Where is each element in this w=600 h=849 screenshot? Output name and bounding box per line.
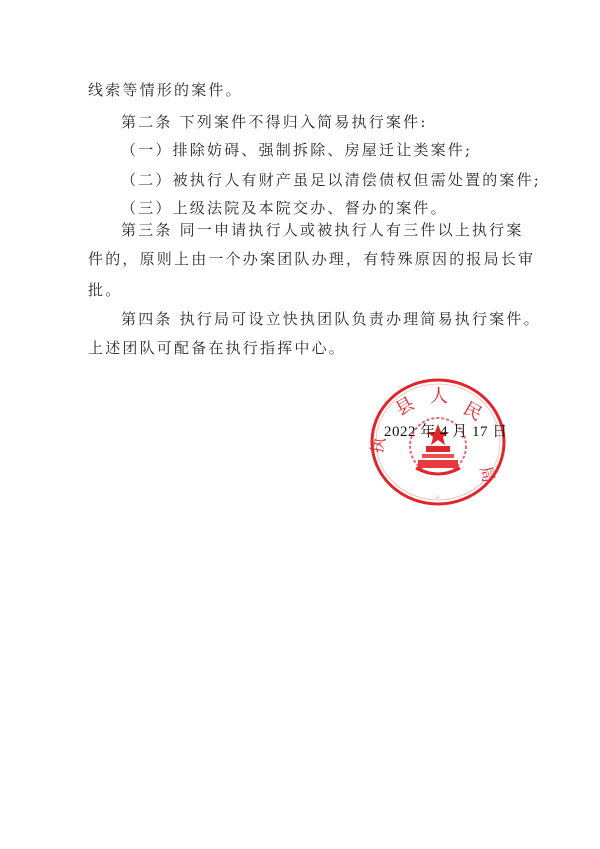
article-3-line-1: 第三条 同一申请执行人或被执行人有三件以上执行案 [121, 221, 524, 239]
svg-text:·2·: ·2· [434, 495, 441, 501]
list-item-1: （一）排除妨碍、强制拆除、房屋迁让类案件; [121, 141, 472, 159]
list-item-3: （三）上级法院及本院交办、督办的案件。 [121, 199, 448, 217]
article-4-line-1: 第四条 执行局可设立快执团队负责办理简易执行案件。 [121, 310, 541, 328]
article-2-heading: 第二条 下列案件不得归入简易执行案件: [121, 113, 428, 131]
svg-text:人: 人 [430, 386, 448, 407]
list-item-2: （二）被执行人有财产虽足以清偿债权但需处置的案件; [121, 171, 541, 189]
svg-text:局: 局 [476, 464, 498, 484]
paragraph-line: 线索等情形的案件。 [88, 81, 243, 99]
official-seal-icon: 县 人 民 执 局 ·2· [368, 376, 508, 508]
document-date: 2022 年 4 月 17 日 [384, 423, 508, 441]
article-3-line-2: 件的，原则上由一个办案团队办理，有特殊原因的报局长审 [88, 250, 535, 268]
article-3-line-3: 批。 [88, 281, 122, 299]
article-4-line-2: 上述团队可配备在执行指挥中心。 [88, 339, 346, 357]
svg-text:民: 民 [460, 398, 486, 425]
svg-text:县: 县 [392, 393, 418, 420]
document-page: 线索等情形的案件。 第二条 下列案件不得归入简易执行案件: （一）排除妨碍、强制… [0, 0, 600, 849]
